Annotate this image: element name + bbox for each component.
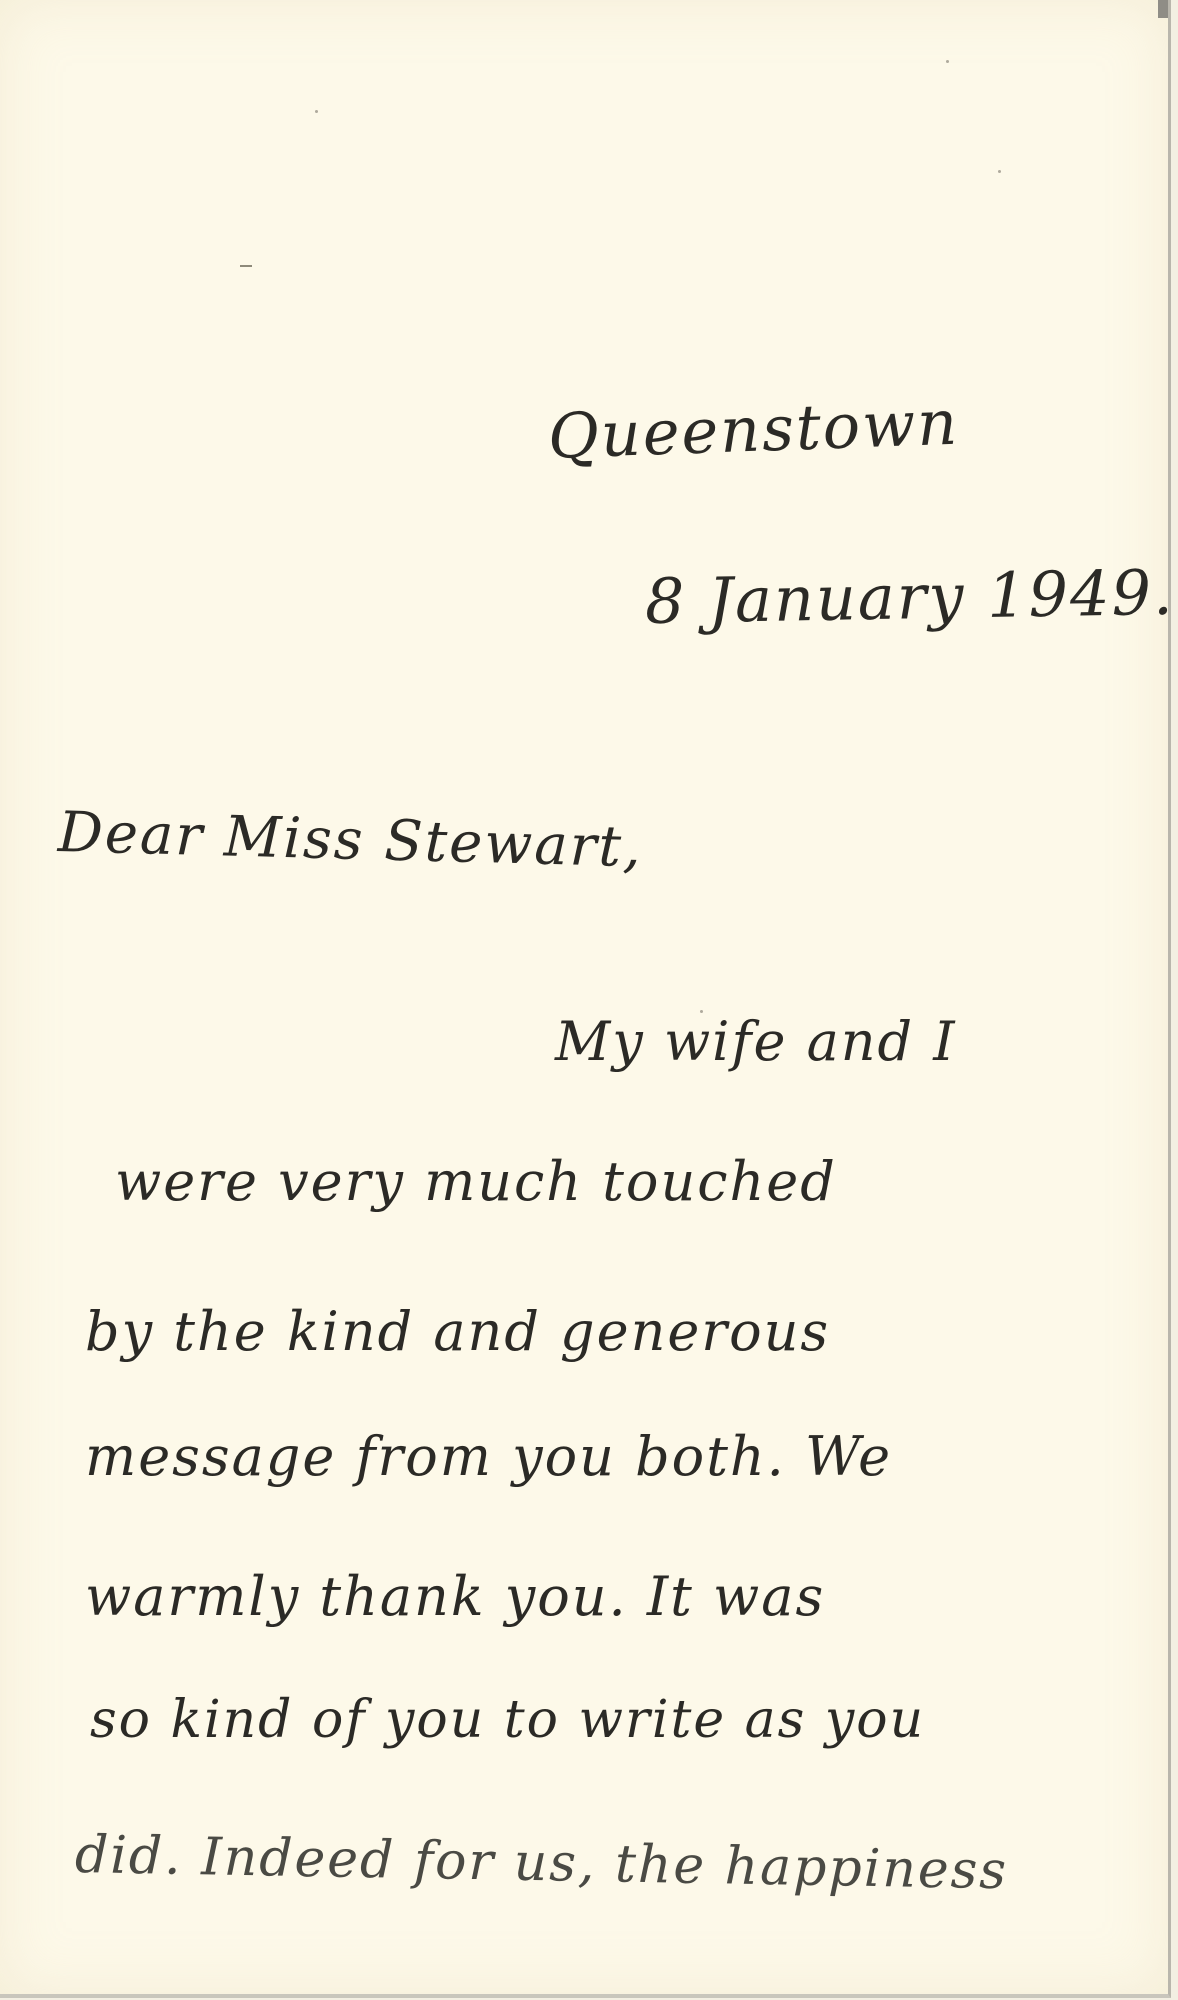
letter-page: Queenstown 8 January 1949. Dear Miss Ste… [0,0,1171,1998]
paper-speck [315,110,318,113]
paper-speck [946,60,949,63]
paper-speck [998,170,1001,173]
letter-body-line-4: message from you both. We [85,1425,892,1488]
letter-date: 8 January 1949. [644,556,1175,638]
letter-body-line-5: warmly thank you. It was [85,1565,825,1628]
letter-salutation: Dear Miss Stewart, [57,800,643,880]
letter-body-line-1: My wife and I [555,1010,957,1073]
letter-body-line-3: by the kind and generous [85,1300,830,1363]
letter-body-line-7: did. Indeed for us, the happiness [74,1825,1008,1901]
letter-body-line-2: were very much touched [115,1150,837,1213]
letter-place: Queenstown [547,386,960,473]
paper-mark [240,265,252,267]
letter-body-line-6: so kind of you to write as you [90,1690,925,1750]
page-edge-shadow [1158,0,1168,18]
